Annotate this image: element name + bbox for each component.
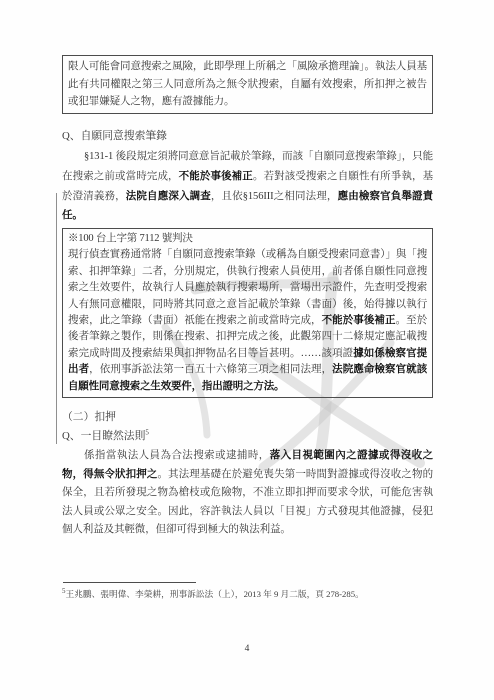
heading-plain-view-doctrine: Q、一目瞭然法則5 <box>62 428 149 443</box>
footnote-reference-marker: 5 <box>145 428 149 436</box>
footnote-text: 5王兆鵬、張明偉、李榮耕，刑事訴訟法（上），2013 年 9 月二版，頁 278… <box>62 588 442 600</box>
judgment-quote-box: ※100 台上字第 7112 號判決 現行偵查實務通常將「自願同意搜索筆錄（或稱… <box>62 228 433 398</box>
box1-text: 限人可能會同意搜索之風險，此即學理上所稱之「風險承擔理論」。執法人員基此有共同權… <box>68 58 427 111</box>
footnote-citation: 王兆鵬、張明偉、李榮耕，刑事訴訟法（上），2013 年 9 月二版，頁 278-… <box>66 589 364 599</box>
judgment-body: 現行偵查實務通常將「自願同意搜索筆錄（或稱為自願受搜索同意書）」與「搜索、扣押筆… <box>68 247 427 395</box>
judgment-title: ※100 台上字第 7112 號判決 <box>68 231 427 247</box>
revision-change-bar <box>56 193 57 444</box>
document-page: 限人可能會同意搜索之風險，此即學理上所稱之「風險承擔理論」。執法人員基此有共同權… <box>0 0 494 700</box>
page-number: 4 <box>0 644 494 654</box>
subheading-seizure: （二）扣押 <box>62 409 116 424</box>
footnote-separator <box>63 582 196 583</box>
paragraph-voluntary-consent: §131-1 後段規定須將同意意旨記載於筆錄，而該「自願同意搜索筆錄」，只能在搜… <box>62 147 433 226</box>
heading-plain-view-text: Q、一目瞭然法則 <box>62 430 145 442</box>
paragraph-plain-view: 係指當執法人員為合法搜索或逮捕時，落入目視範圍內之證據或得沒收之物，得無令狀扣押… <box>62 447 433 540</box>
quoted-text-box-risk-theory: 限人可能會同意搜索之風險，此即學理上所稱之「風險承擔理論」。執法人員基此有共同權… <box>62 55 433 114</box>
heading-voluntary-consent-record: Q、自願同意搜索筆錄 <box>62 128 167 143</box>
